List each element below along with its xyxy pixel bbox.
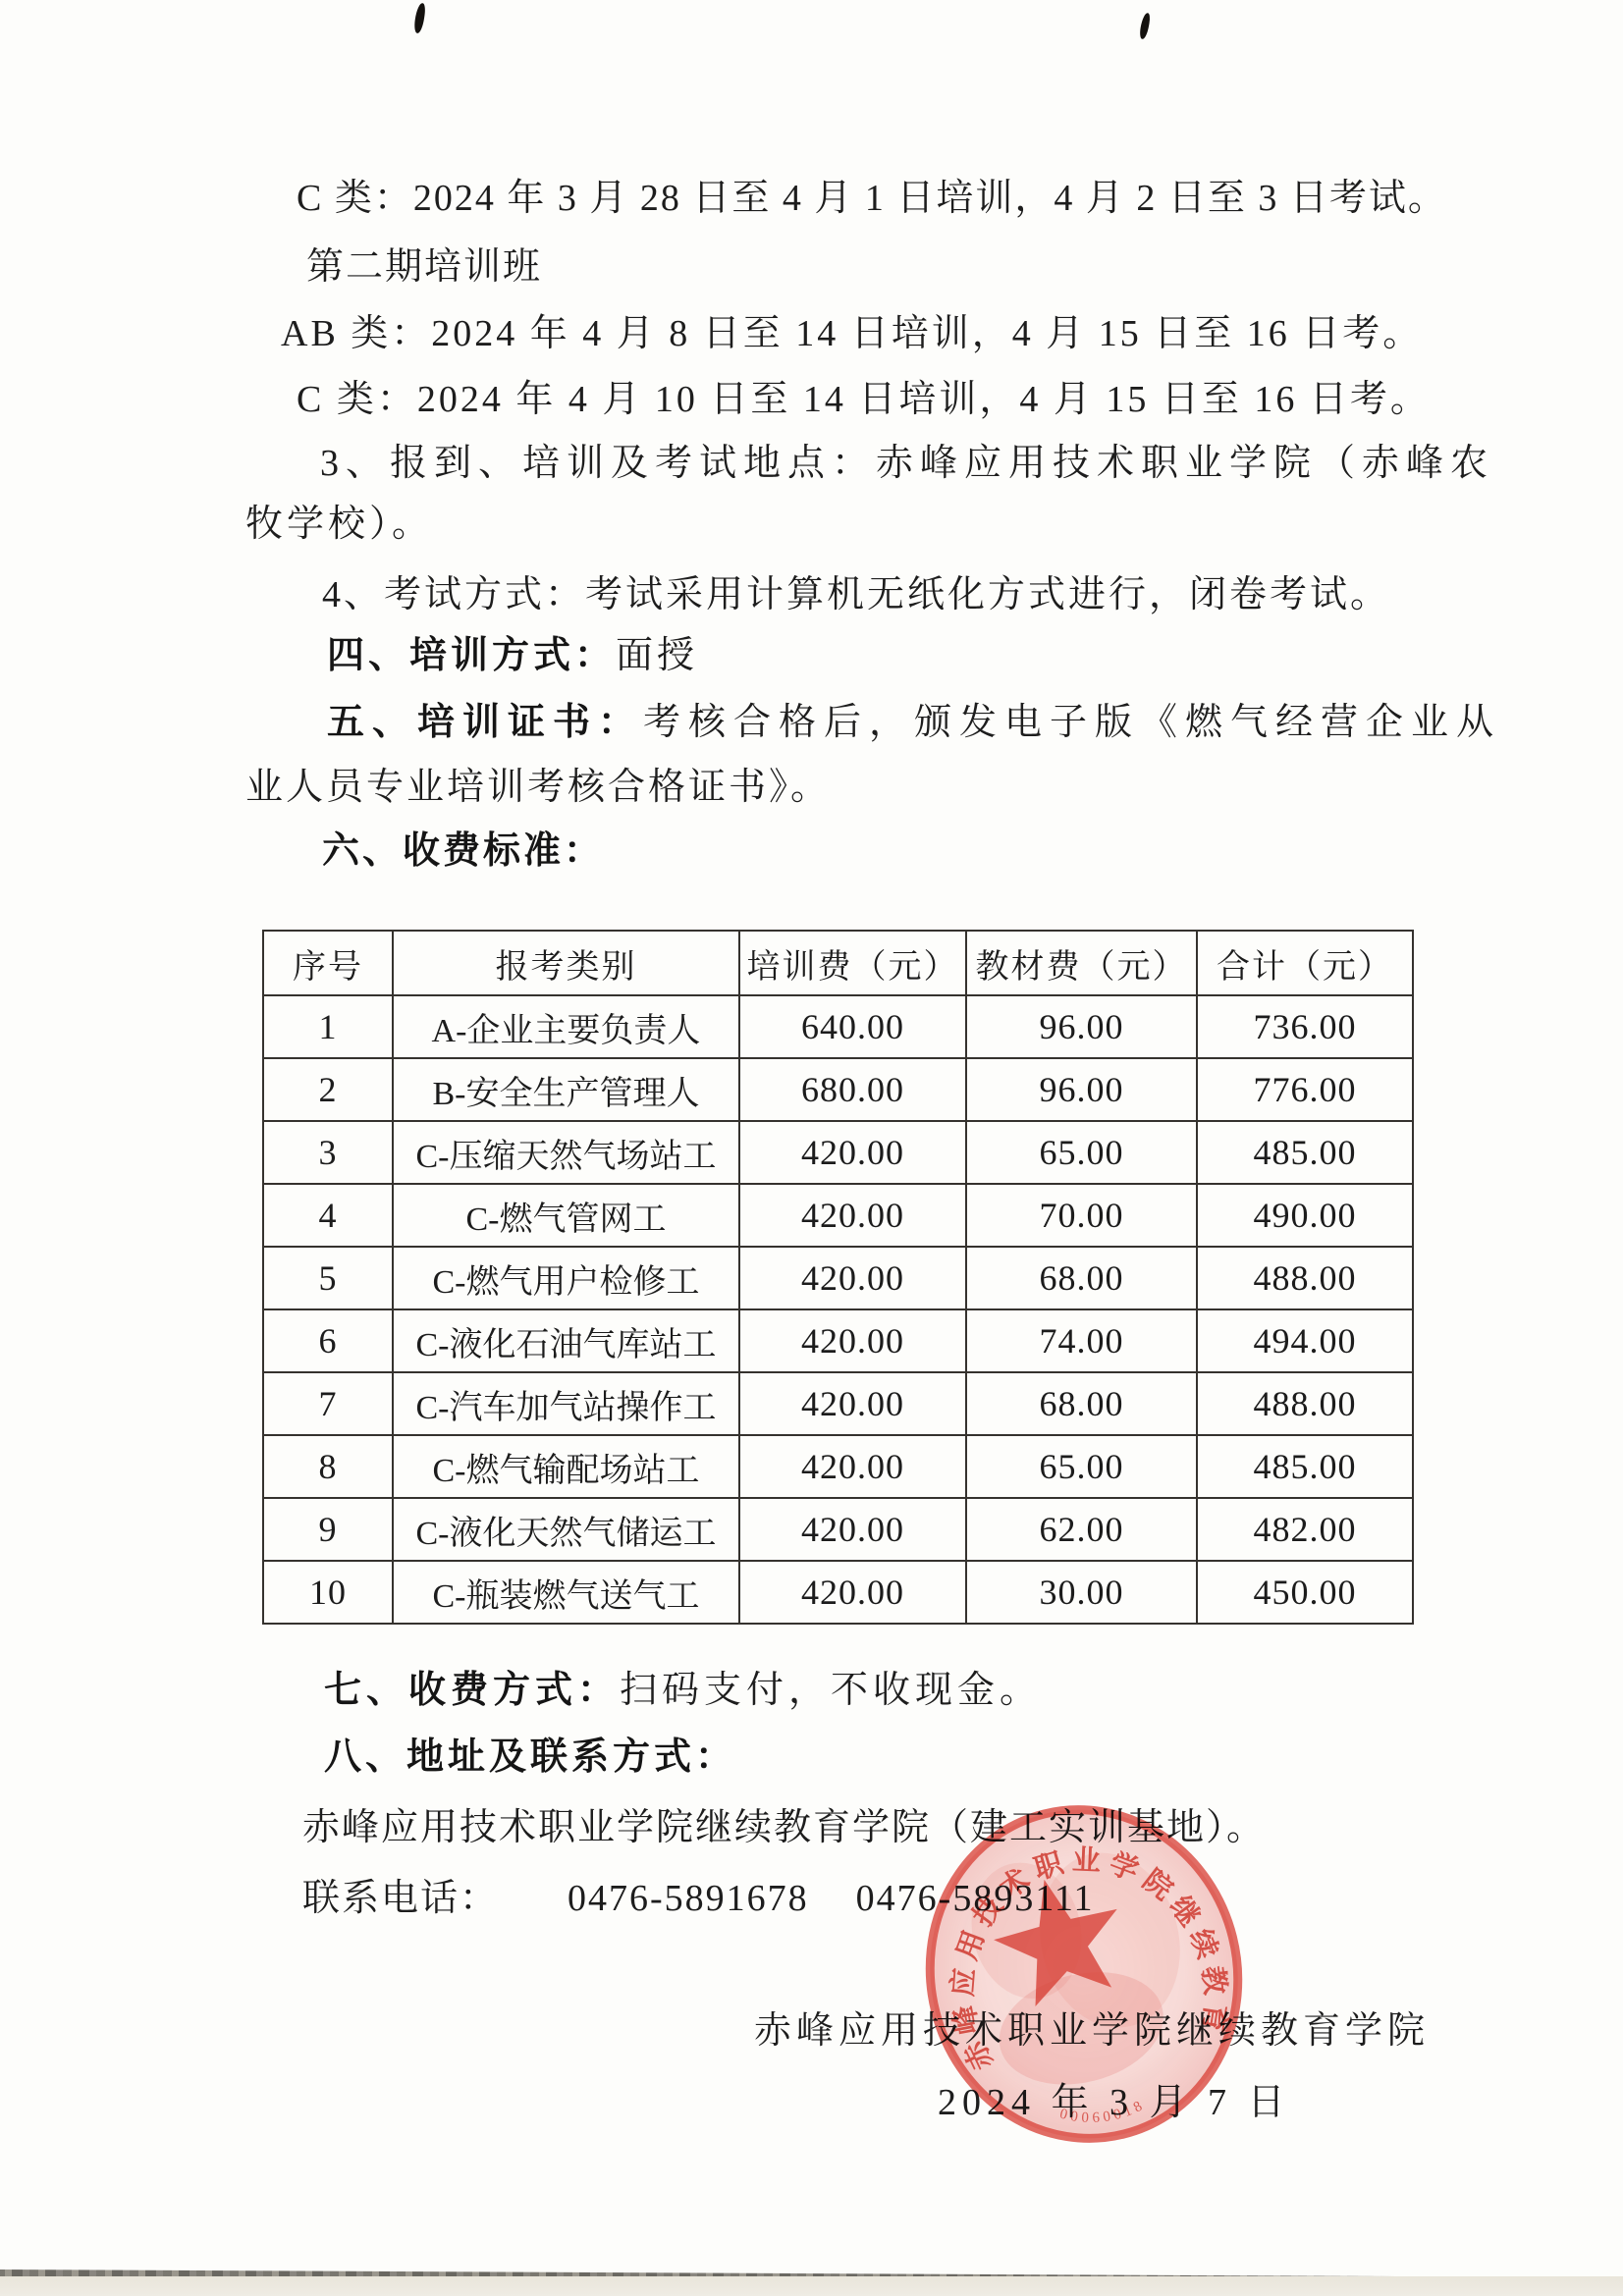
cell-training: 640.00 — [739, 995, 966, 1058]
cell-total: 490.00 — [1197, 1184, 1413, 1247]
heading-training-method: 四、培训方式： — [327, 635, 616, 676]
heading-fee-standard: 六、收费标准： — [322, 829, 604, 873]
col-header-index: 序号 — [263, 931, 393, 995]
cell-material: 65.00 — [966, 1435, 1197, 1498]
cell-material: 70.00 — [966, 1184, 1197, 1247]
cell-training: 420.00 — [739, 1498, 966, 1561]
para-training-method: 四、培训方式：面授 — [327, 634, 698, 677]
para-location-1: 3、报到、培训及考试地点：赤峰应用技术职业学院（赤峰农 — [320, 442, 1494, 485]
heading-address-contact: 八、地址及联系方式： — [324, 1735, 736, 1779]
cell-index: 5 — [263, 1247, 393, 1309]
payment-method-value: 扫码支付，不收现金。 — [620, 1670, 1042, 1711]
cell-category: C-燃气输配场站工 — [393, 1435, 739, 1498]
cell-total: 488.00 — [1197, 1372, 1413, 1435]
cell-index: 4 — [263, 1184, 393, 1247]
para-certificate-1: 五、培训证书：考核合格后，颁发电子版《燃气经营企业从 — [327, 701, 1501, 744]
cell-total: 488.00 — [1197, 1247, 1413, 1309]
cell-total: 485.00 — [1197, 1435, 1413, 1498]
cell-category: C-汽车加气站操作工 — [393, 1372, 739, 1435]
col-header-material-fee: 教材费（元） — [966, 931, 1197, 995]
cell-total: 485.00 — [1197, 1121, 1413, 1184]
para-schedule-c2: C 类：2024 年 4 月 10 日至 14 日培训，4 月 15 日至 16… — [297, 378, 1431, 421]
fee-table: 序号 报考类别 培训费（元） 教材费（元） 合计（元） 1 A-企业主要负责人 … — [262, 930, 1414, 1625]
ink-speck — [1139, 13, 1152, 40]
table-row: 5 C-燃气用户检修工 420.00 68.00 488.00 — [263, 1247, 1413, 1309]
cell-category: C-液化天然气储运工 — [393, 1498, 739, 1561]
heading-certificate: 五、培训证书： — [327, 702, 643, 743]
cell-index: 2 — [263, 1058, 393, 1121]
para-schedule-c1: C 类：2024 年 3 月 28 日至 4 月 1 日培训，4 月 2 日至 … — [297, 177, 1447, 220]
heading-payment-method: 七、收费方式： — [324, 1670, 620, 1711]
ink-speck — [413, 3, 426, 34]
cell-training: 420.00 — [739, 1184, 966, 1247]
cell-category: C-压缩天然气场站工 — [393, 1121, 739, 1184]
cell-category: C-燃气用户检修工 — [393, 1247, 739, 1309]
cell-total: 450.00 — [1197, 1561, 1413, 1624]
certificate-text: 考核合格后，颁发电子版《燃气经营企业从 — [643, 702, 1501, 743]
para-location-2: 牧学校）。 — [245, 503, 433, 546]
cell-total: 776.00 — [1197, 1058, 1413, 1121]
table-row: 1 A-企业主要负责人 640.00 96.00 736.00 — [263, 995, 1413, 1058]
para-certificate-2: 业人员专业培训考核合格证书》。 — [245, 766, 831, 809]
cell-category: C-液化石油气库站工 — [393, 1309, 739, 1372]
training-method-value: 面授 — [616, 635, 698, 676]
phone-number-1: 0476-5891678 — [568, 1878, 809, 1919]
cell-training: 420.00 — [739, 1372, 966, 1435]
cell-material: 96.00 — [966, 1058, 1197, 1121]
cell-training: 420.00 — [739, 1561, 966, 1624]
cell-total: 736.00 — [1197, 995, 1413, 1058]
cell-total: 494.00 — [1197, 1309, 1413, 1372]
cell-index: 10 — [263, 1561, 393, 1624]
cell-total: 482.00 — [1197, 1498, 1413, 1561]
col-header-category: 报考类别 — [393, 931, 739, 995]
cell-index: 6 — [263, 1309, 393, 1372]
table-row: 8 C-燃气输配场站工 420.00 65.00 485.00 — [263, 1435, 1413, 1498]
cell-index: 9 — [263, 1498, 393, 1561]
para-schedule-ab: AB 类：2024 年 4 月 8 日至 14 日培训，4 月 15 日至 16… — [281, 312, 1423, 355]
table-row: 10 C-瓶装燃气送气工 420.00 30.00 450.00 — [263, 1561, 1413, 1624]
cell-training: 420.00 — [739, 1435, 966, 1498]
cell-material: 96.00 — [966, 995, 1197, 1058]
para-exam-method: 4、考试方式：考试采用计算机无纸化方式进行，闭卷考试。 — [322, 573, 1390, 616]
col-header-training-fee: 培训费（元） — [739, 931, 966, 995]
table-row: 9 C-液化天然气储运工 420.00 62.00 482.00 — [263, 1498, 1413, 1561]
scanned-document-page: C 类：2024 年 3 月 28 日至 4 月 1 日培训，4 月 2 日至 … — [0, 0, 1623, 2296]
cell-material: 74.00 — [966, 1309, 1197, 1372]
cell-material: 68.00 — [966, 1372, 1197, 1435]
cell-training: 420.00 — [739, 1121, 966, 1184]
table-row: 4 C-燃气管网工 420.00 70.00 490.00 — [263, 1184, 1413, 1247]
cell-index: 1 — [263, 995, 393, 1058]
cell-category: A-企业主要负责人 — [393, 995, 739, 1058]
cell-index: 8 — [263, 1435, 393, 1498]
cell-training: 420.00 — [739, 1247, 966, 1309]
cell-training: 420.00 — [739, 1309, 966, 1372]
cell-index: 3 — [263, 1121, 393, 1184]
cell-category: C-燃气管网工 — [393, 1184, 739, 1247]
table-row: 3 C-压缩天然气场站工 420.00 65.00 485.00 — [263, 1121, 1413, 1184]
scan-edge-band — [0, 2276, 1623, 2296]
para-session2-title: 第二期培训班 — [306, 245, 542, 289]
fee-table-header-row: 序号 报考类别 培训费（元） 教材费（元） 合计（元） — [263, 931, 1413, 995]
cell-material: 65.00 — [966, 1121, 1197, 1184]
cell-material: 62.00 — [966, 1498, 1197, 1561]
cell-training: 680.00 — [739, 1058, 966, 1121]
cell-category: B-安全生产管理人 — [393, 1058, 739, 1121]
col-header-total: 合计（元） — [1197, 931, 1413, 995]
table-row: 7 C-汽车加气站操作工 420.00 68.00 488.00 — [263, 1372, 1413, 1435]
cell-index: 7 — [263, 1372, 393, 1435]
table-row: 2 B-安全生产管理人 680.00 96.00 776.00 — [263, 1058, 1413, 1121]
para-payment-method: 七、收费方式：扫码支付，不收现金。 — [324, 1669, 1042, 1712]
cell-material: 30.00 — [966, 1561, 1197, 1624]
cell-material: 68.00 — [966, 1247, 1197, 1309]
cell-category: C-瓶装燃气送气工 — [393, 1561, 739, 1624]
phone-label: 联系电话： — [302, 1878, 499, 1919]
table-row: 6 C-液化石油气库站工 420.00 74.00 494.00 — [263, 1309, 1413, 1372]
